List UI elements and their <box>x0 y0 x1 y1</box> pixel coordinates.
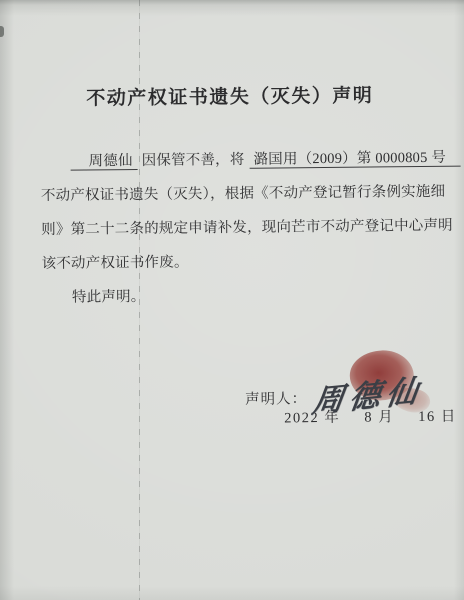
paragraph-line-1: 周德仙因保管不善，将潞国用（2009）第 0000805 号 <box>40 141 440 179</box>
scanned-document: 不动产权证书遗失（灭失）声明 周德仙因保管不善，将潞国用（2009）第 0000… <box>0 0 464 600</box>
signature-row: 声明人： 周德仙 <box>245 370 424 417</box>
paragraph-line-4: 该不动产权证书作废。 <box>41 243 441 281</box>
declarant-name-underlined: 周德仙 <box>70 153 137 171</box>
paragraph-line-1-text: 因保管不善，将 <box>142 152 245 169</box>
certificate-number-underlined: 潞国用（2009）第 0000805 号 <box>249 150 460 169</box>
paragraph-line-3: 则》第二十二条的规定申请补发，现向芒市不动产登记中心声明 <box>41 209 441 247</box>
paragraph-line-2: 不动产权证书遗失（灭失），根据《不动产登记暂行条例实施细 <box>41 175 441 213</box>
declarant-label: 声明人： <box>245 379 307 409</box>
document-content: 不动产权证书遗失（灭失）声明 周德仙因保管不善，将潞国用（2009）第 0000… <box>0 0 464 600</box>
closing-statement: 特此声明。 <box>42 277 442 315</box>
declaration-paragraph: 周德仙因保管不善，将潞国用（2009）第 0000805 号 不动产权证书遗失（… <box>40 141 442 315</box>
document-title: 不动产权证书遗失（灭失）声明 <box>0 80 462 112</box>
